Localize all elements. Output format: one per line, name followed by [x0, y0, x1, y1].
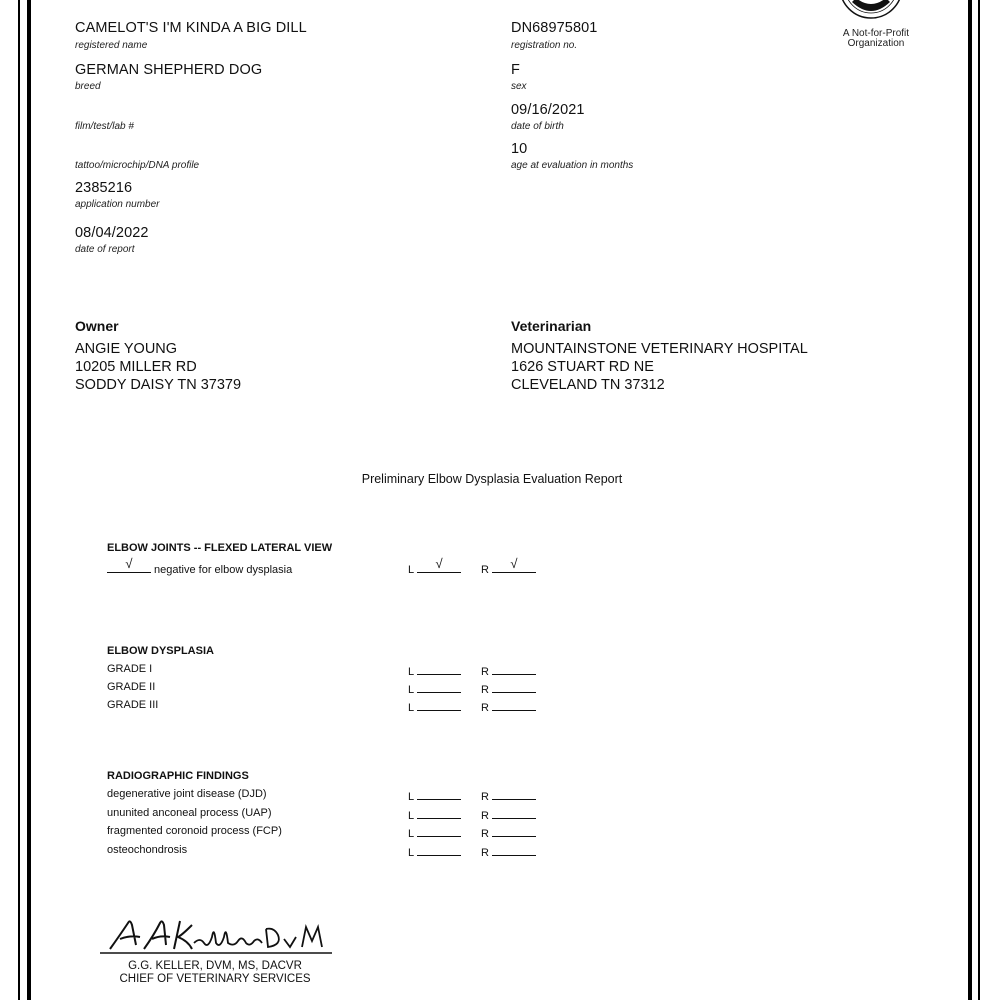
finding-right: R — [481, 807, 536, 822]
signature-icon — [100, 915, 335, 955]
left-label: L — [408, 564, 414, 576]
owner-address: ANGIE YOUNG 10205 MILLER RD SODDY DAISY … — [75, 340, 241, 394]
finding-left: L — [408, 844, 461, 859]
grade-row: GRADE III L R — [107, 699, 547, 715]
page-border-right-thick — [968, 0, 972, 1000]
right-label: R — [481, 684, 489, 696]
tagline-line2: Organization — [820, 39, 932, 49]
right-label: R — [481, 564, 489, 576]
finding-row: fragmented coronoid process (FCP) L R — [107, 825, 547, 841]
left-blank — [417, 699, 461, 711]
date-of-report-value: 08/04/2022 — [75, 225, 149, 241]
left-blank — [417, 788, 461, 800]
negative-overall-blank: √ — [107, 561, 151, 573]
left-label: L — [408, 847, 414, 859]
age-months-value: 10 — [511, 141, 527, 157]
registered-name-value: CAMELOT'S I'M KINDA A BIG DILL — [75, 20, 307, 36]
sex-label: sex — [511, 81, 527, 92]
page-border-left-thick — [27, 0, 31, 1000]
grade-right: R — [481, 663, 536, 678]
signatory: G.G. KELLER, DVM, MS, DACVR CHIEF OF VET… — [100, 960, 330, 986]
right-label: R — [481, 791, 489, 803]
right-label: R — [481, 666, 489, 678]
finding-right: R — [481, 844, 536, 859]
tattoo-microchip-label: tattoo/microchip/DNA profile — [75, 160, 199, 171]
registration-no-label: registration no. — [511, 40, 577, 51]
right-blank — [492, 681, 536, 693]
finding-label: ununited anconeal process (UAP) — [107, 807, 271, 819]
registration-no-value: DN68975801 — [511, 20, 597, 36]
right-blank — [492, 663, 536, 675]
grade-right: R — [481, 681, 536, 696]
left-label: L — [408, 810, 414, 822]
elbow-dysplasia-heading: ELBOW DYSPLASIA — [107, 645, 214, 657]
breed-label: breed — [75, 81, 101, 92]
organization-tagline: A Not-for-Profit Organization — [820, 29, 932, 49]
right-blank: √ — [492, 561, 536, 573]
right-blank — [492, 807, 536, 819]
signatory-title: CHIEF OF VETERINARY SERVICES — [100, 973, 330, 986]
report-title: Preliminary Elbow Dysplasia Evaluation R… — [0, 472, 984, 486]
application-number-value: 2385216 — [75, 180, 132, 196]
left-label: L — [408, 666, 414, 678]
right-label: R — [481, 828, 489, 840]
date-of-report-label: date of report — [75, 244, 134, 255]
age-months-label: age at evaluation in months — [511, 160, 633, 171]
organization-seal-icon — [838, 0, 904, 20]
left-label: L — [408, 828, 414, 840]
grade-label: GRADE III — [107, 699, 158, 711]
right-blank — [492, 699, 536, 711]
finding-left: L — [408, 788, 461, 803]
flexed-row-negative: √negative for elbow dysplasia L√ R√ — [107, 561, 547, 577]
date-of-birth-value: 09/16/2021 — [511, 102, 585, 118]
date-of-birth-label: date of birth — [511, 121, 564, 132]
left-blank — [417, 681, 461, 693]
veterinarian-heading: Veterinarian — [511, 318, 591, 334]
negative-left: L√ — [408, 561, 461, 576]
left-blank — [417, 663, 461, 675]
grade-left: L — [408, 663, 461, 678]
right-blank — [492, 844, 536, 856]
flexed-view-heading: ELBOW JOINTS -- FLEXED LATERAL VIEW — [107, 542, 332, 554]
right-label: R — [481, 847, 489, 859]
left-blank — [417, 825, 461, 837]
left-label: L — [408, 791, 414, 803]
grade-row: GRADE I L R — [107, 663, 547, 679]
right-label: R — [481, 702, 489, 714]
negative-right: R√ — [481, 561, 536, 576]
left-blank: √ — [417, 561, 461, 573]
check-mark-icon: √ — [107, 557, 151, 570]
right-label: R — [481, 810, 489, 822]
grade-row: GRADE II L R — [107, 681, 547, 697]
grade-left: L — [408, 699, 461, 714]
owner-heading: Owner — [75, 318, 119, 334]
finding-label: osteochondrosis — [107, 844, 187, 856]
check-mark-icon: √ — [492, 557, 536, 570]
veterinarian-address: MOUNTAINSTONE VETERINARY HOSPITAL 1626 S… — [511, 340, 808, 394]
breed-value: GERMAN SHEPHERD DOG — [75, 62, 262, 78]
left-blank — [417, 807, 461, 819]
left-label: L — [408, 702, 414, 714]
finding-left: L — [408, 807, 461, 822]
radiographic-findings-heading: RADIOGRAPHIC FINDINGS — [107, 770, 249, 782]
check-mark-icon: √ — [417, 557, 461, 570]
finding-row: ununited anconeal process (UAP) L R — [107, 807, 547, 823]
finding-label: fragmented coronoid process (FCP) — [107, 825, 282, 837]
finding-right: R — [481, 825, 536, 840]
negative-label-wrap: √negative for elbow dysplasia — [107, 561, 292, 576]
signatory-name: G.G. KELLER, DVM, MS, DACVR — [100, 960, 330, 973]
right-blank — [492, 788, 536, 800]
finding-label: degenerative joint disease (DJD) — [107, 788, 267, 800]
left-label: L — [408, 684, 414, 696]
finding-row: degenerative joint disease (DJD) L R — [107, 788, 547, 804]
grade-right: R — [481, 699, 536, 714]
grade-left: L — [408, 681, 461, 696]
page-border-right-thin — [978, 0, 980, 1000]
negative-label: negative for elbow dysplasia — [154, 564, 292, 576]
left-blank — [417, 844, 461, 856]
sex-value: F — [511, 62, 520, 78]
grade-label: GRADE II — [107, 681, 155, 693]
finding-row: osteochondrosis L R — [107, 844, 547, 860]
finding-left: L — [408, 825, 461, 840]
application-number-label: application number — [75, 199, 160, 210]
page-border-left-thin — [18, 0, 20, 1000]
right-blank — [492, 825, 536, 837]
film-test-lab-label: film/test/lab # — [75, 121, 134, 132]
registered-name-label: registered name — [75, 40, 147, 51]
finding-right: R — [481, 788, 536, 803]
grade-label: GRADE I — [107, 663, 152, 675]
